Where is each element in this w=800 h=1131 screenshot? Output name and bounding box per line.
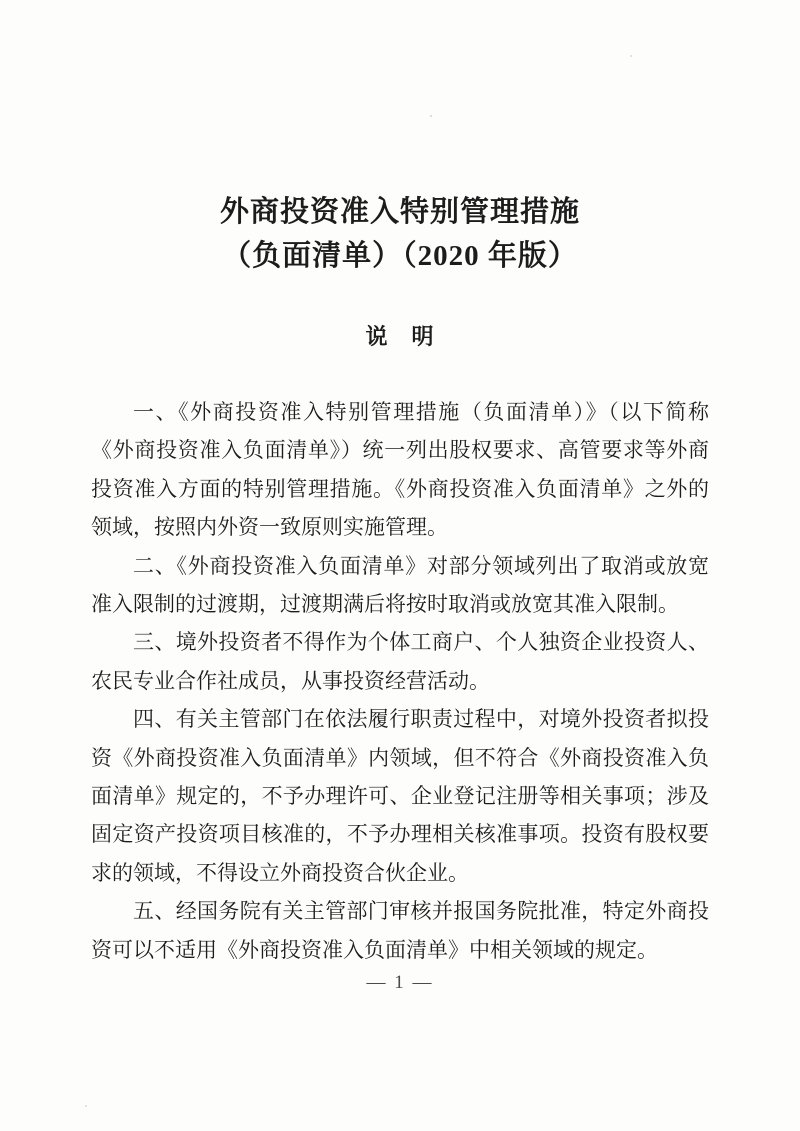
document-body: 一、《外商投资准入特别管理措施（负面清单）》（以下简称《外商投资准入负面清单》）… — [91, 393, 709, 969]
page-number: — 1 — — [0, 972, 800, 994]
section-heading-shuoming: 说 明 — [0, 320, 800, 351]
paragraph-4: 四、有关主管部门在依法履行职责过程中，对境外投资者拟投资《外商投资准入负面清单》… — [91, 700, 709, 892]
paragraph-2: 二、《外商投资准入负面清单》对部分领域列出了取消或放宽准入限制的过渡期，过渡期满… — [91, 547, 709, 624]
document-title: 外商投资准入特别管理措施 （负面清单）（2020 年版） — [0, 190, 800, 278]
paragraph-1: 一、《外商投资准入特别管理措施（负面清单）》（以下简称《外商投资准入负面清单》）… — [91, 393, 709, 547]
paragraph-5: 五、经国务院有关主管部门审核并报国务院批准，特定外商投资可以不适用《外商投资准入… — [91, 892, 709, 969]
document-title-line1: 外商投资准入特别管理措施 — [220, 196, 580, 228]
document-title-line2: （负面清单）（2020 年版） — [222, 240, 578, 272]
paragraph-3: 三、境外投资者不得作为个体工商户、个人独资企业投资人、农民专业合作社成员，从事投… — [91, 623, 709, 700]
scanned-document-page: 外商投资准入特别管理措施 （负面清单）（2020 年版） 说 明 一、《外商投资… — [0, 0, 800, 1131]
